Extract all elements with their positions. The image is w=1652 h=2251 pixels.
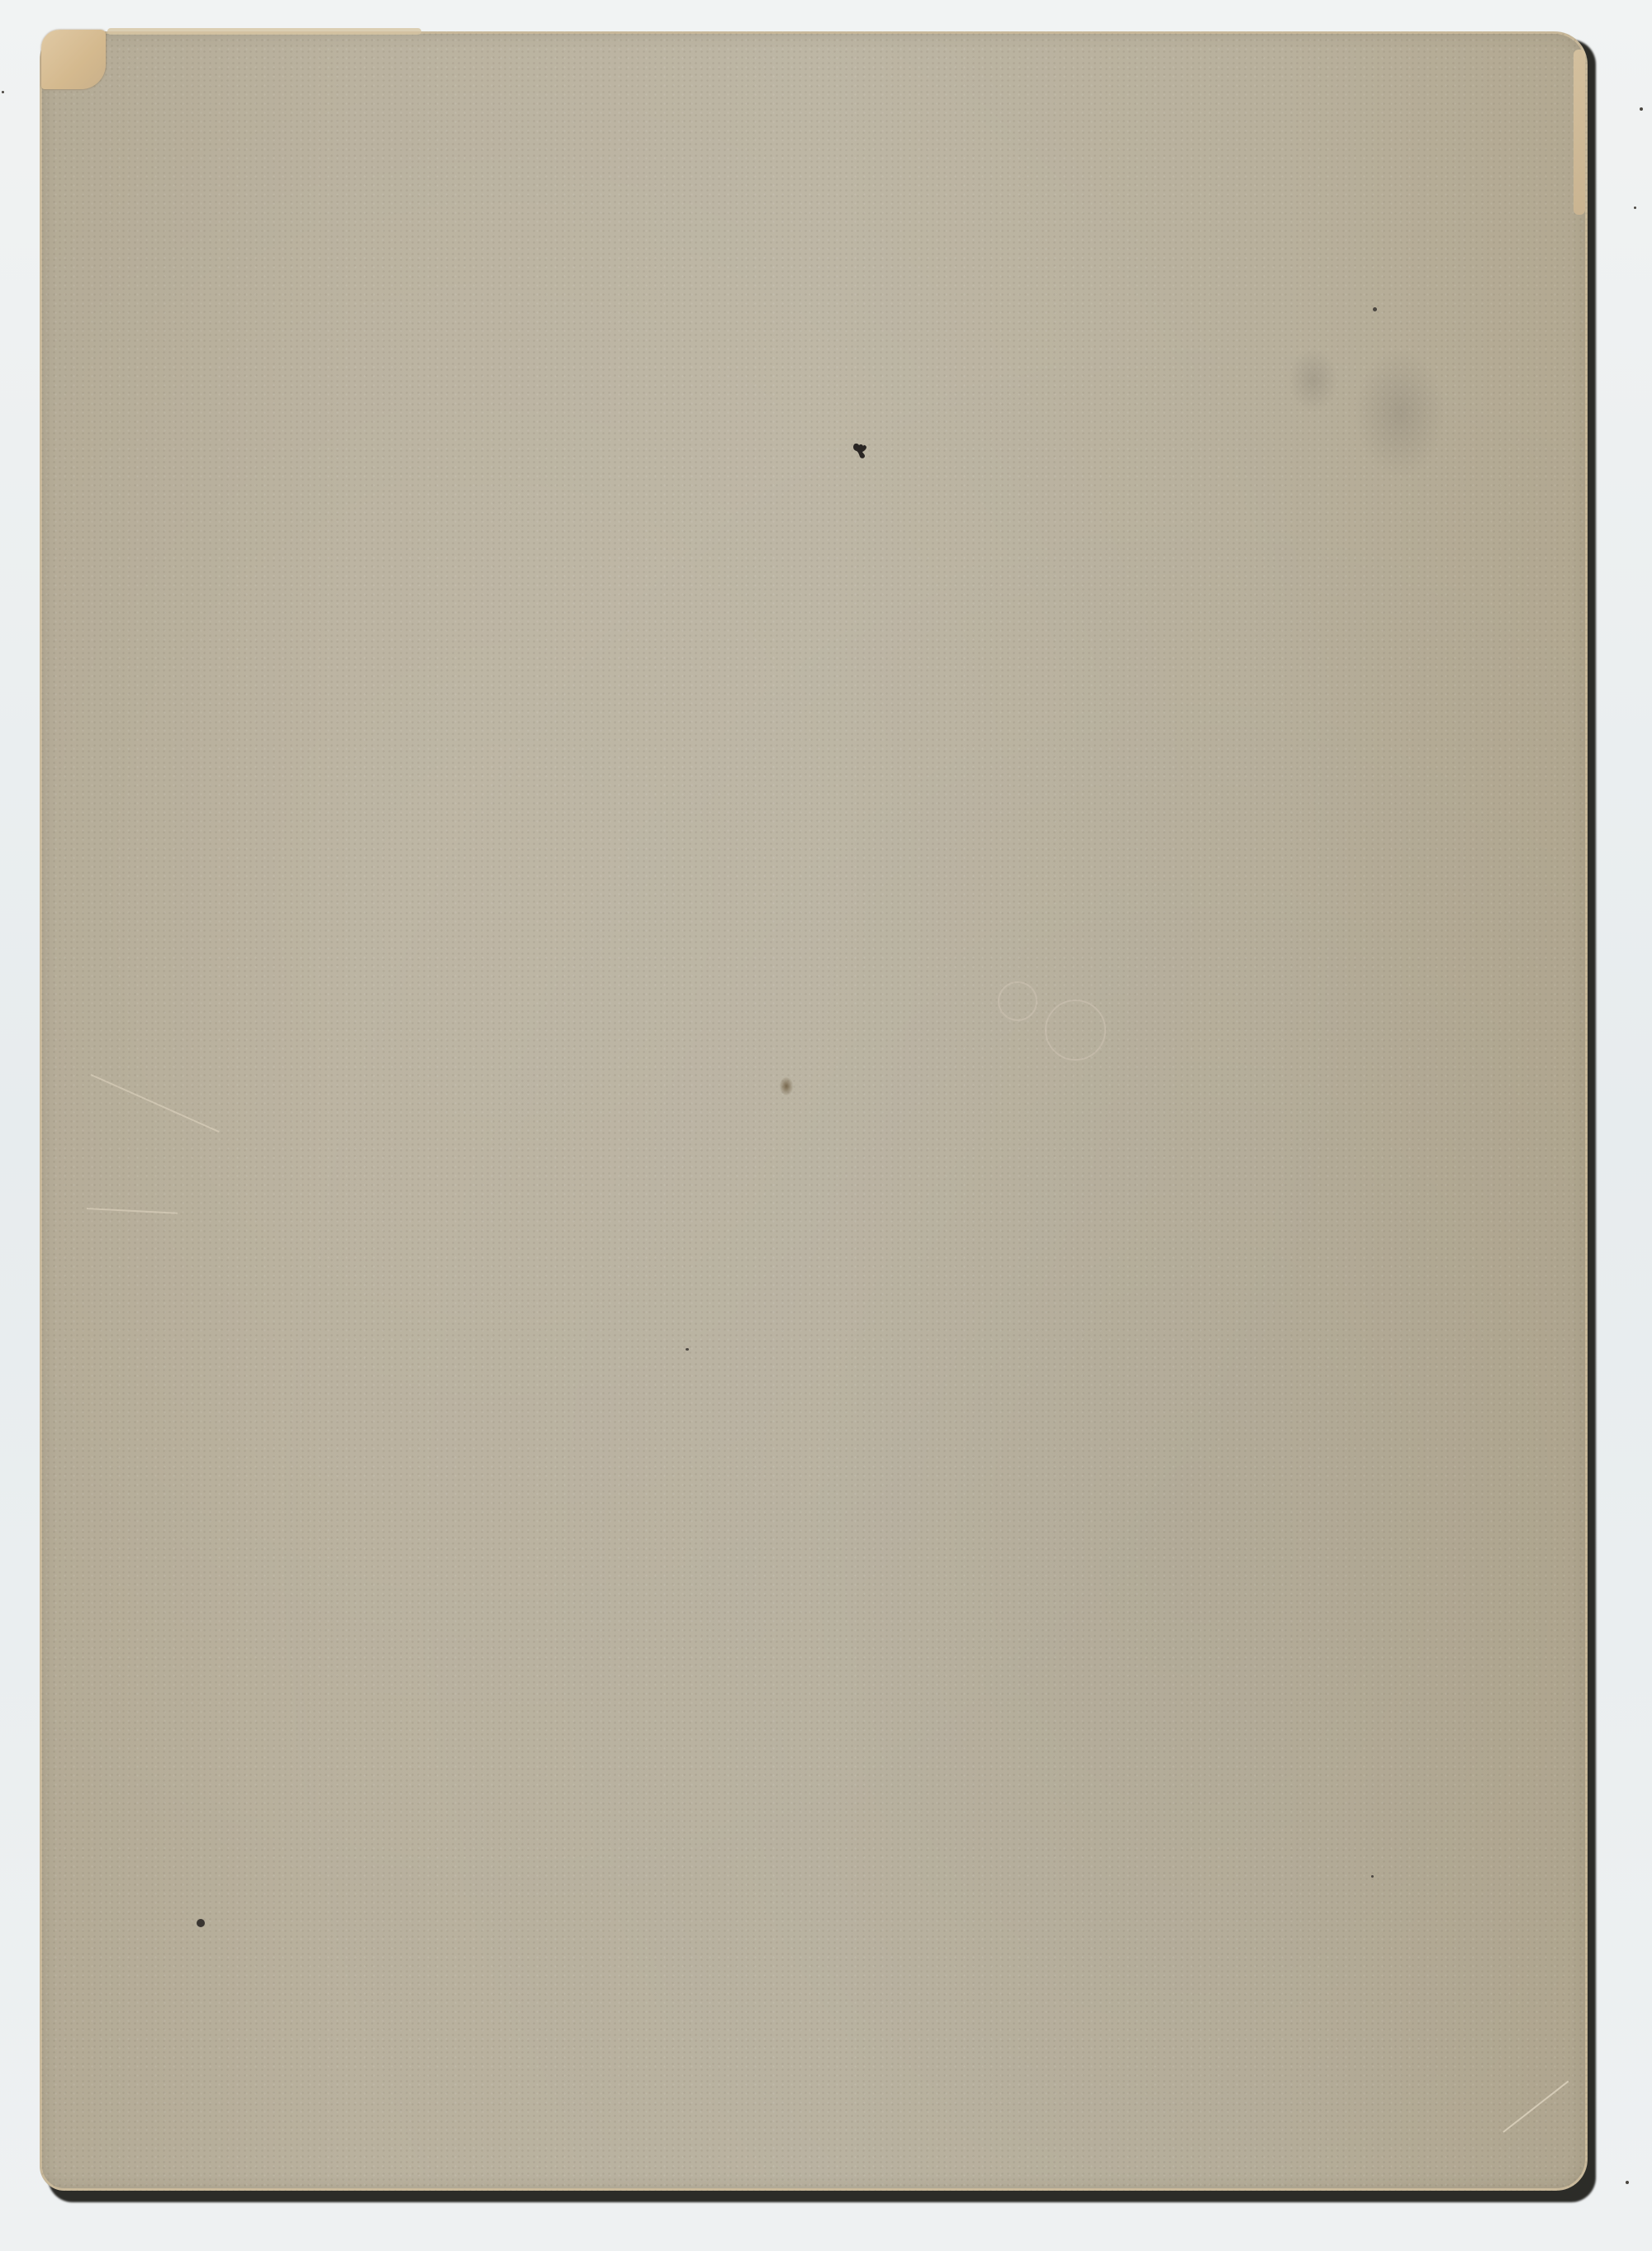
dust-speck: [1640, 107, 1643, 111]
ink-blot: [851, 439, 871, 461]
dust-speck: [686, 1348, 689, 1351]
frayed-top-edge: [107, 28, 421, 35]
dust-speck: [1373, 307, 1377, 311]
frayed-right-edge: [1574, 50, 1585, 215]
dark-speck: [197, 1919, 205, 1927]
smudge: [1289, 347, 1338, 413]
torn-corner-top-left: [41, 30, 106, 89]
cardboard-mount: [40, 31, 1588, 2191]
stain-spot: [780, 1077, 793, 1095]
dust-speck: [1371, 1875, 1374, 1878]
dust-speck: [2, 91, 4, 93]
faint-ring-mark: [1045, 1000, 1106, 1061]
dust-speck: [1626, 2181, 1629, 2184]
dust-speck: [1634, 207, 1636, 209]
faint-ring-mark: [998, 981, 1037, 1021]
smudge: [1355, 347, 1445, 479]
